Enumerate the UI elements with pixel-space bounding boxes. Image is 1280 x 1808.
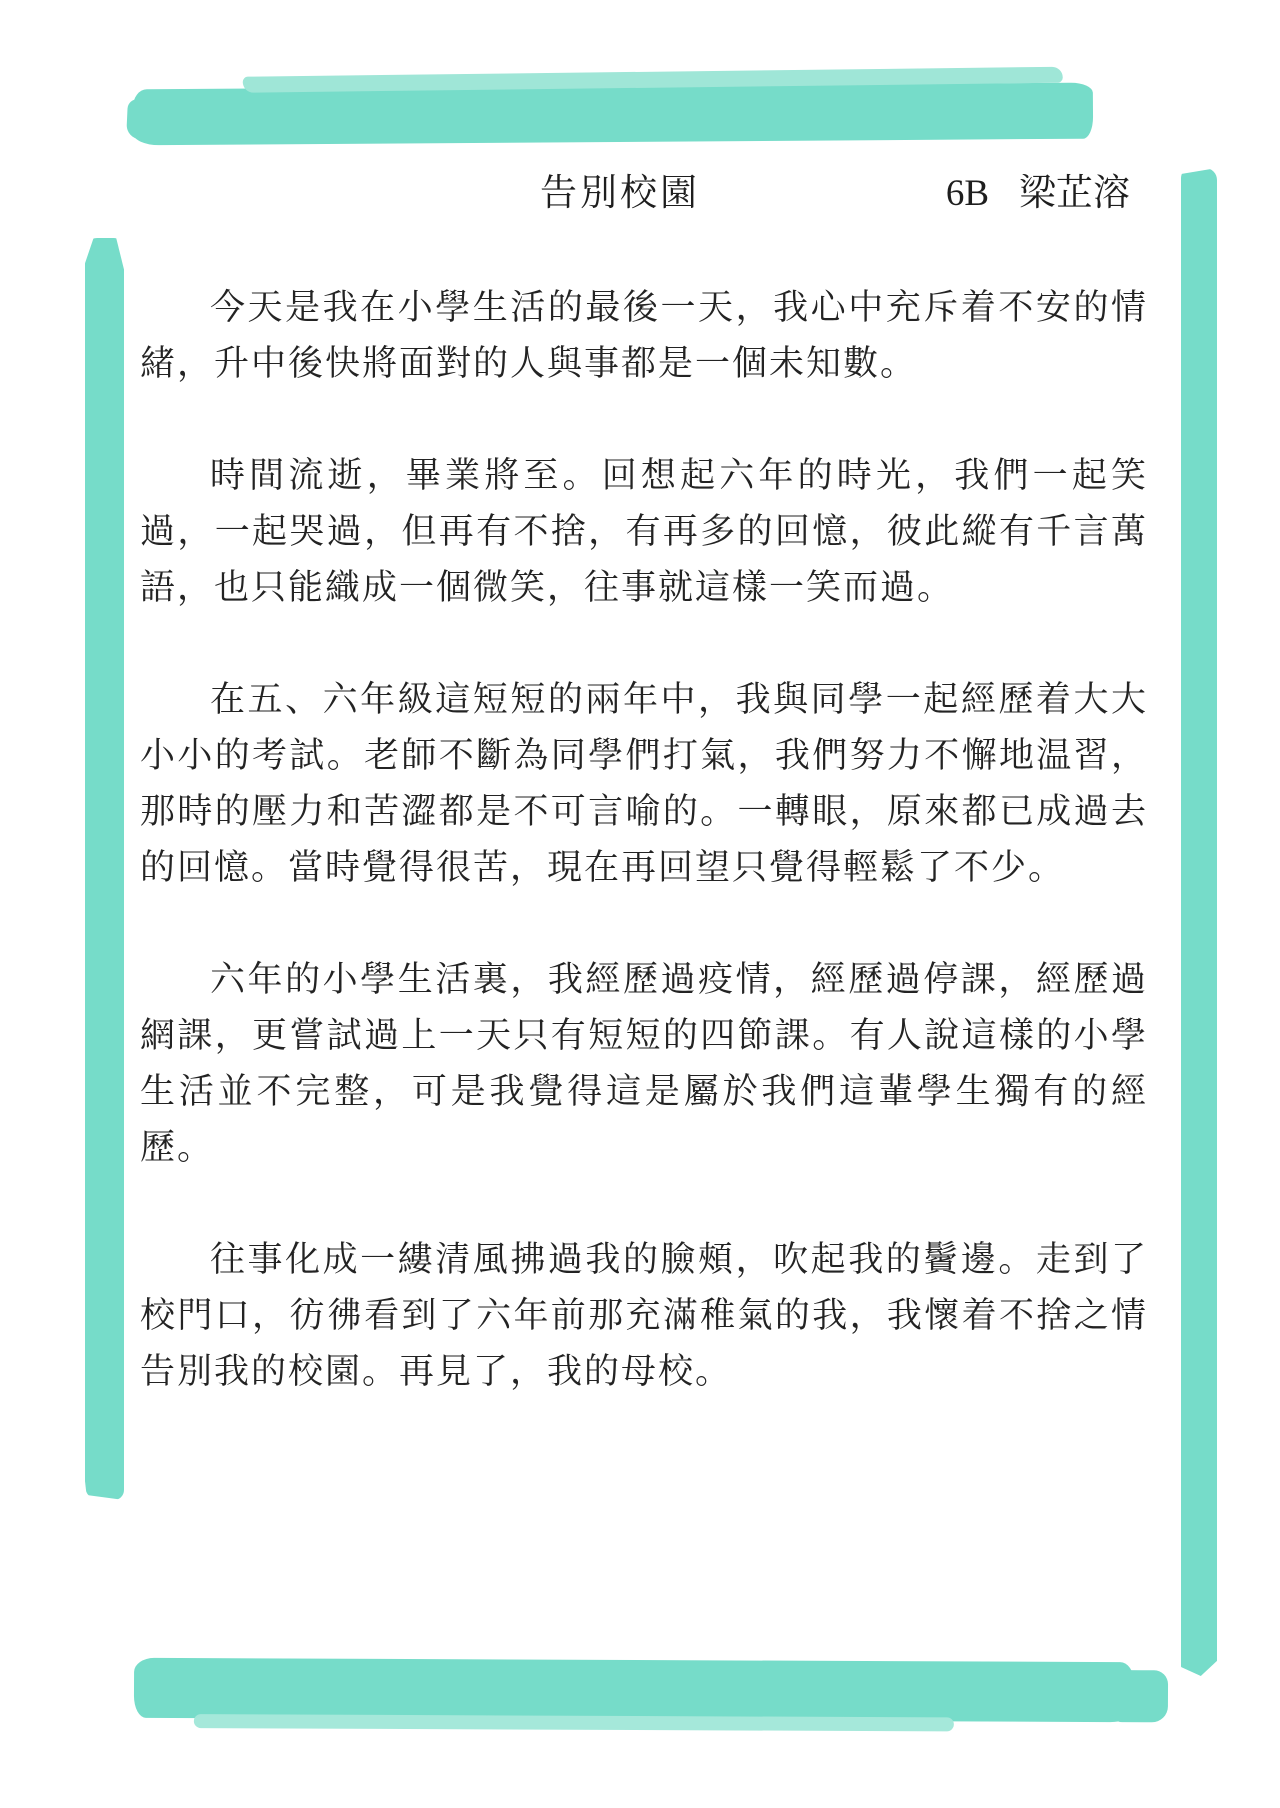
student-class: 6B <box>946 170 989 218</box>
byline: 6B 梁芷溶 <box>946 170 1130 218</box>
document-page: 告別校園 6B 梁芷溶 今天是我在小學生活的最後一天，我心中充斥着不安的情緒，升… <box>0 0 1280 1808</box>
essay-paragraph: 今天是我在小學生活的最後一天，我心中充斥着不安的情緒，升中後快將面對的人與事都是… <box>140 280 1148 392</box>
right-brush-stroke <box>1181 168 1217 1676</box>
essay-body: 今天是我在小學生活的最後一天，我心中充斥着不安的情緒，升中後快將面對的人與事都是… <box>140 280 1148 1400</box>
essay-content: 告別校園 6B 梁芷溶 今天是我在小學生活的最後一天，我心中充斥着不安的情緒，升… <box>140 170 1148 1456</box>
essay-header: 告別校園 6B 梁芷溶 <box>140 170 1148 218</box>
left-brush-stroke <box>85 238 124 1500</box>
essay-paragraph: 往事化成一縷清風拂過我的臉頰，吹起我的鬢邊。走到了校門口，彷彿看到了六年前那充滿… <box>140 1232 1148 1400</box>
essay-paragraph: 在五、六年級這短短的兩年中，我與同學一起經歷着大大小小的考試。老師不斷為同學們打… <box>140 672 1148 896</box>
essay-title: 告別校園 <box>540 170 700 218</box>
top-brush-stroke <box>133 83 1093 146</box>
bottom-brush-stroke <box>134 1658 1134 1722</box>
student-name: 梁芷溶 <box>1019 170 1130 218</box>
essay-paragraph: 時間流逝，畢業將至。回想起六年的時光，我們一起笑過，一起哭過，但再有不捨，有再多… <box>140 448 1148 616</box>
essay-paragraph: 六年的小學生活裏，我經歷過疫情，經歷過停課，經歷過網課，更嘗試過上一天只有短短的… <box>140 952 1148 1176</box>
